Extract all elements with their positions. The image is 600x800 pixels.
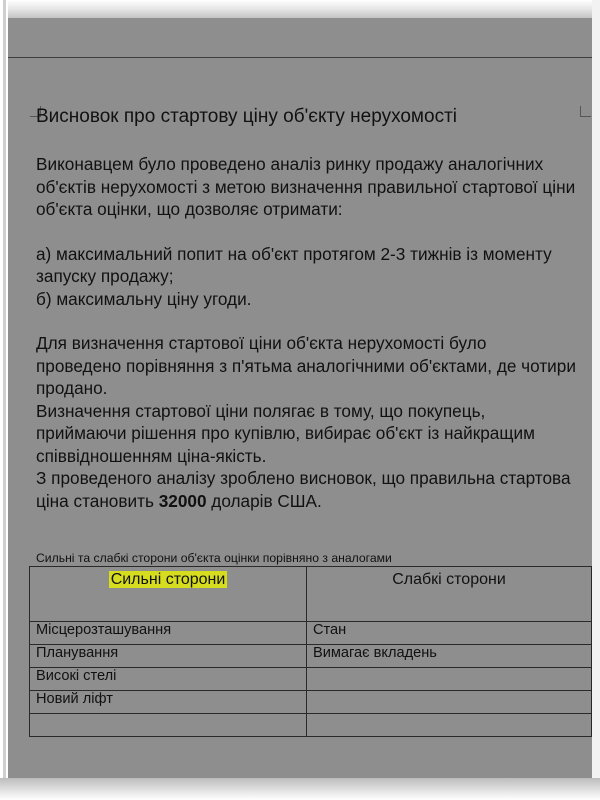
- margin-corner-marker: [580, 106, 591, 117]
- frame-right: [592, 0, 600, 800]
- weakness-cell: [307, 668, 592, 691]
- table-row: МісцерозташуванняСтан: [30, 622, 592, 645]
- document-body: Висновок про стартову ціну об'єкту нерух…: [36, 104, 576, 512]
- weakness-cell: [307, 714, 592, 737]
- document-title: Висновок про стартову ціну об'єкту нерух…: [36, 104, 576, 130]
- table-row: Високі стелі: [30, 668, 592, 691]
- intro-paragraph: Виконавцем було проведено аналіз ринку п…: [36, 153, 576, 221]
- strength-cell: Місцерозташування: [30, 622, 307, 645]
- highlighted-header-text: Сильні сторони: [109, 571, 228, 588]
- price-value: 32000: [159, 491, 207, 511]
- strength-cell: Планування: [30, 645, 307, 668]
- torn-edge-top: [0, 0, 600, 20]
- list-item: б) максимальну ціну угоди.: [36, 288, 576, 311]
- list-item: а) максимальний попит на об'єкт протягом…: [36, 243, 576, 288]
- currency-text: доларів США.: [207, 491, 322, 511]
- frame-left: [0, 0, 8, 800]
- header-weaknesses: Слабкі сторони: [307, 567, 592, 622]
- table-row: [30, 714, 592, 737]
- definition-paragraph: Визначення стартової ціни полягає в тому…: [36, 400, 576, 468]
- strengths-weaknesses-table: Сильні сторони Слабкі сторони Місцерозта…: [29, 566, 592, 737]
- weakness-cell: Вимагає вкладень: [307, 645, 592, 668]
- conclusion-paragraph: З проведеного аналізу зроблено висновок,…: [36, 467, 576, 512]
- weakness-cell: Стан: [307, 622, 592, 645]
- table-row: Новий ліфт: [30, 691, 592, 714]
- table-caption: Сильні та слабкі сторони об'єкта оцінки …: [36, 551, 392, 565]
- strength-cell: Високі стелі: [30, 668, 307, 691]
- weakness-cell: [307, 691, 592, 714]
- header-divider: [8, 57, 592, 58]
- torn-edge-bottom: [0, 778, 600, 800]
- header-strengths: Сильні сторони: [30, 567, 307, 622]
- table-row: ПлануванняВимагає вкладень: [30, 645, 592, 668]
- strength-cell: Новий ліфт: [30, 691, 307, 714]
- strength-cell: [30, 714, 307, 737]
- comparison-paragraph: Для визначення стартової ціни об'єкта не…: [36, 332, 576, 400]
